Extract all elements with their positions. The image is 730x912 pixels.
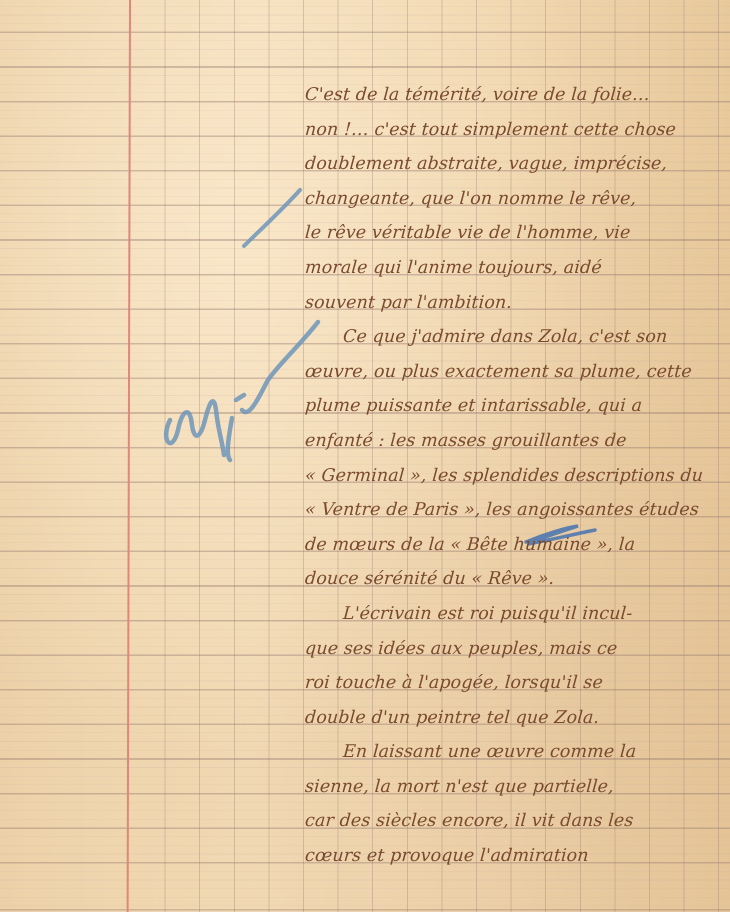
text-line: « Germinal », les splendides description… — [304, 459, 726, 494]
text-line: non !… c'est tout simplement cette chose — [304, 113, 726, 148]
paragraph-start-line: Ce que j'admire dans Zola, c'est son — [304, 320, 726, 355]
text-line: le rêve véritable vie de l'homme, vie — [304, 216, 726, 251]
text-line: doublement abstraite, vague, imprécise, — [304, 147, 726, 182]
paragraph-start-line: En laissant une œuvre comme la — [304, 735, 726, 770]
text-line: douce sérénité du « Rêve ». — [304, 562, 726, 597]
text-line: œuvre, ou plus exactement sa plume, cett… — [304, 355, 726, 390]
text-line: car des siècles encore, il vit dans les — [304, 804, 726, 839]
essay-text: C'est de la témérité, voire de la folie…… — [305, 78, 725, 874]
text-line: roi touche à l'apogée, lorsqu'il se — [304, 666, 726, 701]
text-line: cœurs et provoque l'admiration — [304, 839, 726, 874]
text-line: sienne, la mort n'est que partielle, — [304, 770, 726, 805]
text-line: « Ventre de Paris », les angoissantes ét… — [304, 493, 726, 528]
text-line: de mœurs de la « Bête humaine », la — [304, 528, 726, 563]
notebook-page: C'est de la témérité, voire de la folie…… — [0, 0, 730, 912]
text-line: enfanté : les masses grouillantes de — [304, 424, 726, 459]
text-line: changeante, que l'on nomme le rêve, — [304, 182, 726, 217]
text-line: que ses idées aux peuples, mais ce — [304, 632, 726, 667]
text-line: double d'un peintre tel que Zola. — [304, 701, 726, 736]
paragraph-start-line: L'écrivain est roi puisqu'il incul- — [304, 597, 726, 632]
text-line: C'est de la témérité, voire de la folie… — [304, 78, 726, 113]
text-line: plume puissante et intarissable, qui a — [304, 389, 726, 424]
text-line: morale qui l'anime toujours, aidé — [304, 251, 726, 286]
text-line: souvent par l'ambition. — [304, 286, 726, 321]
